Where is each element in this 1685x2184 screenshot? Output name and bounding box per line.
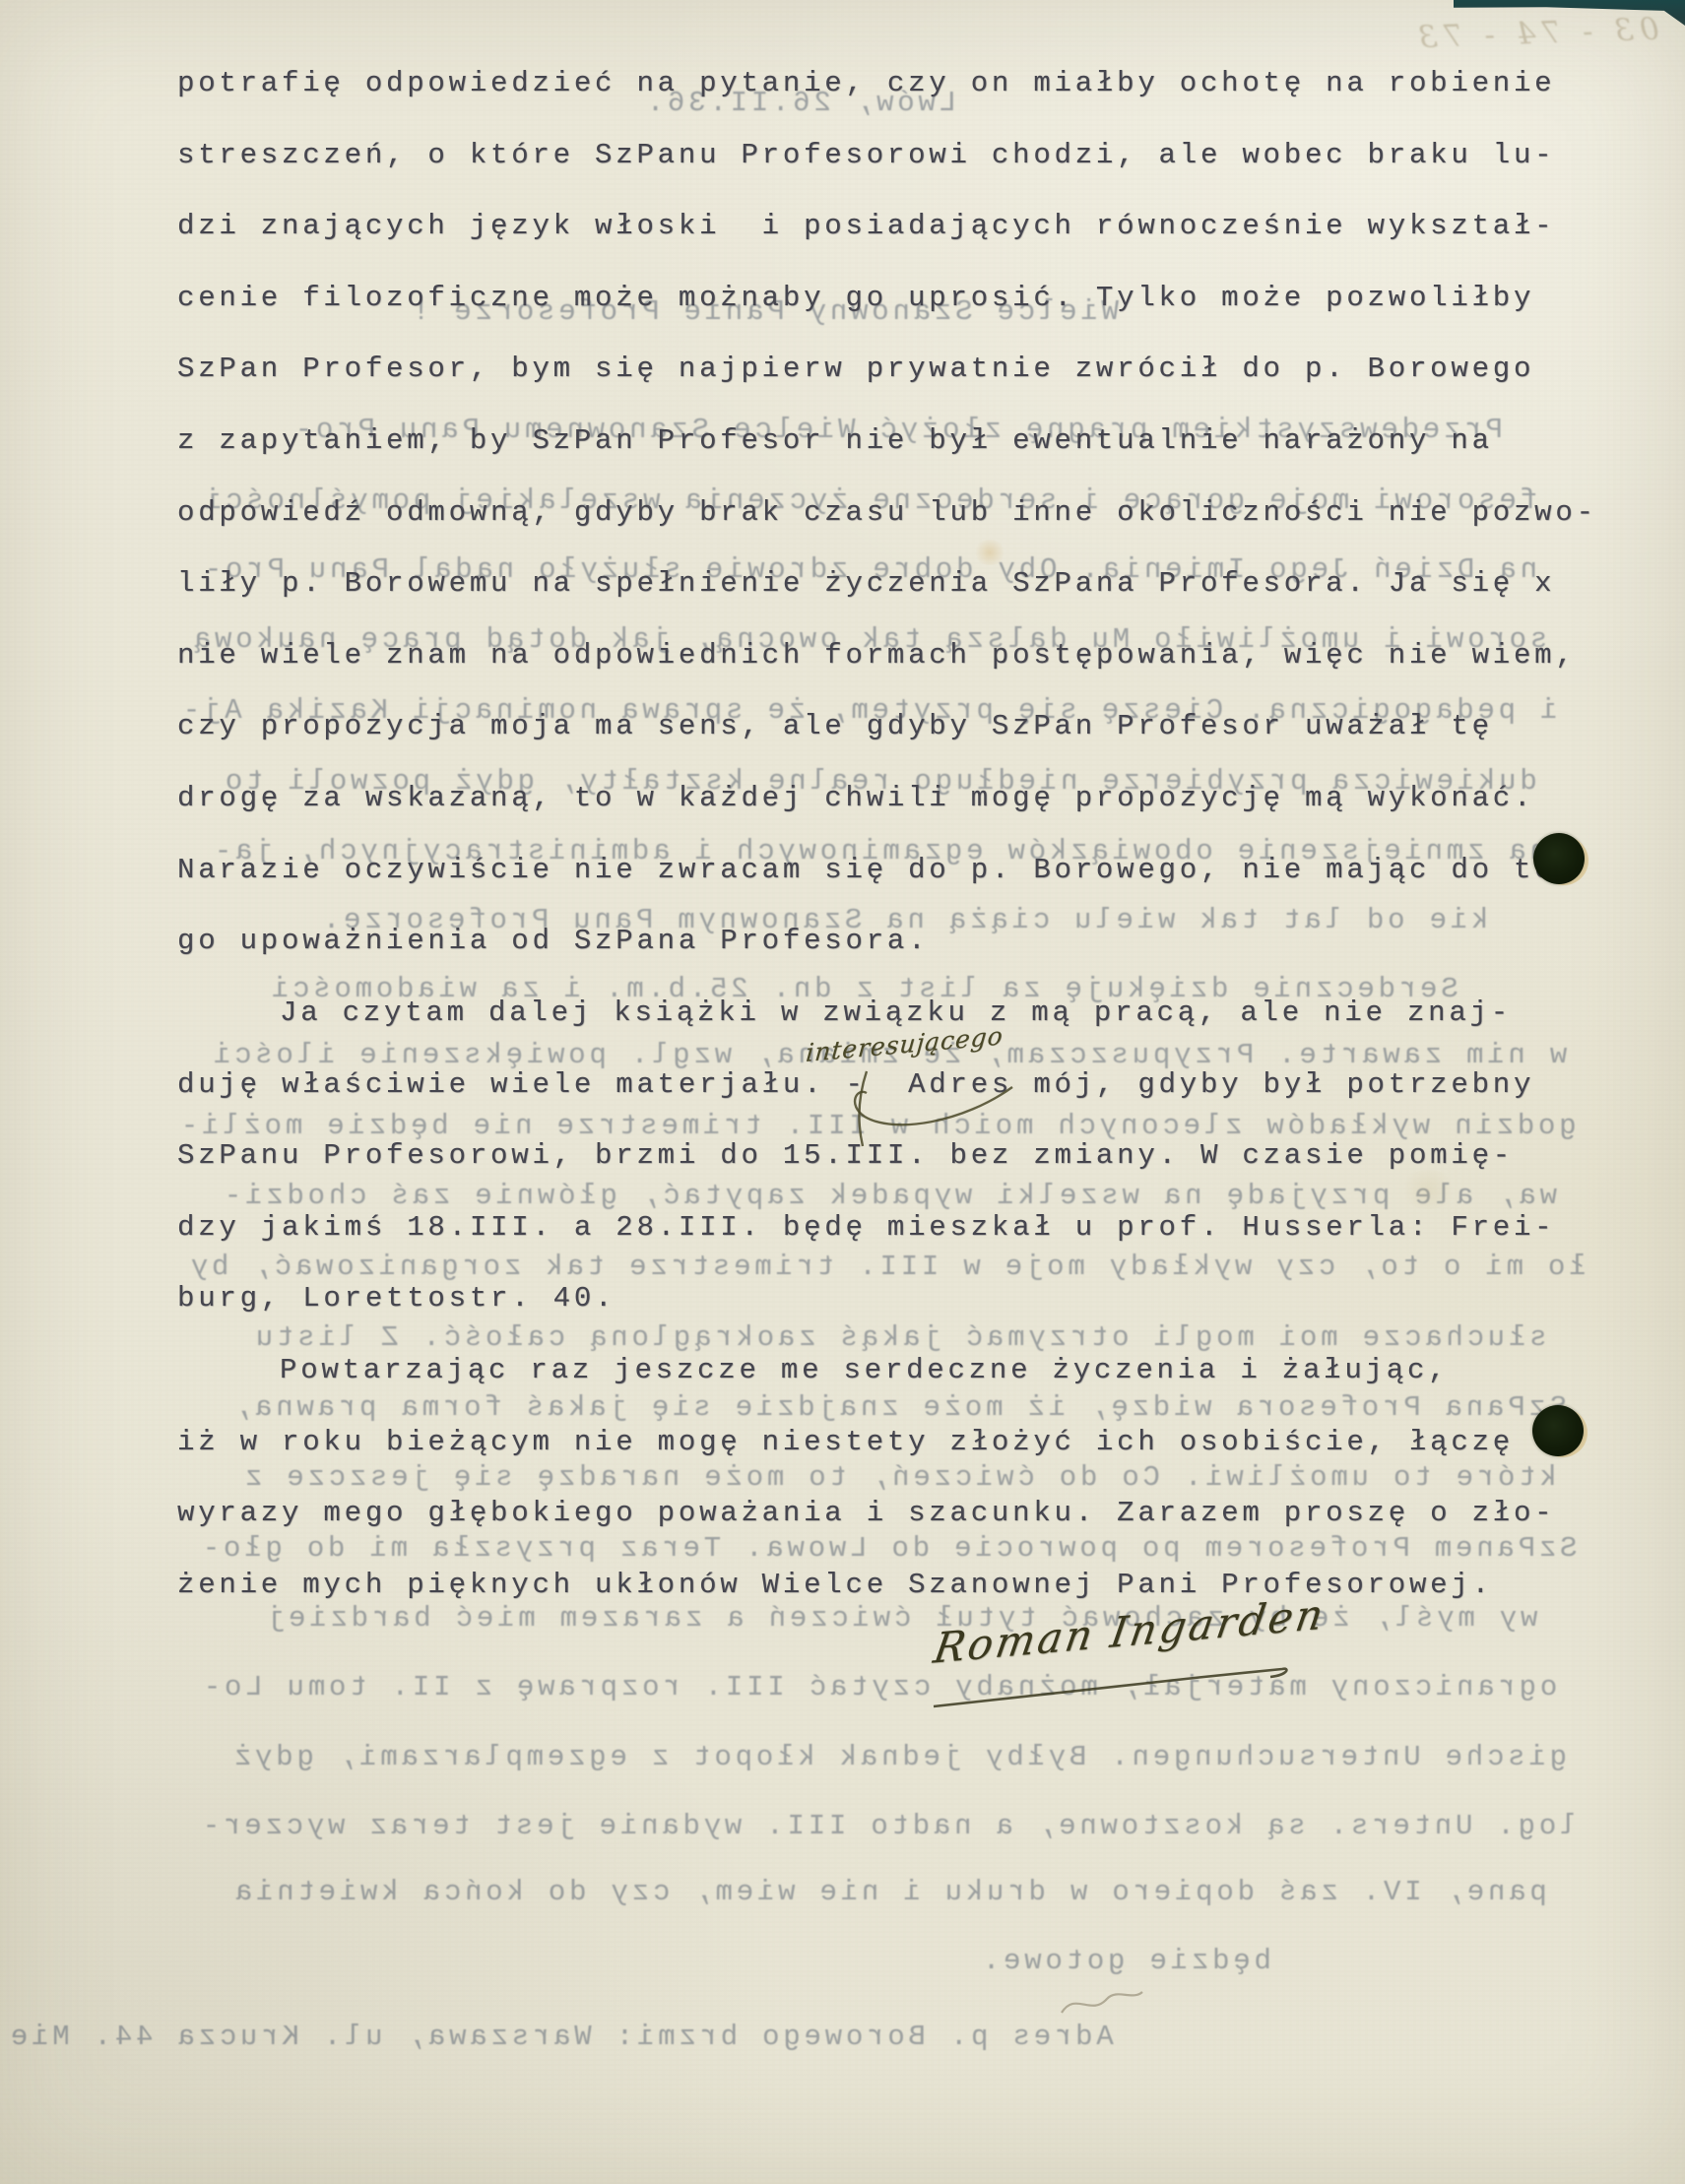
typed-line: streszczeń, o które SzPanu Profesorowi c…	[177, 139, 1555, 171]
punch-hole-lower	[1532, 1405, 1584, 1456]
bleedthrough-line: SzPana Profesora widzę, iż może znajdzie…	[230, 1391, 1567, 1424]
archive-corner-note: 03 - 74 - 73	[1412, 12, 1660, 56]
typed-line: nie wiele znam na odpowiednich formach p…	[177, 639, 1577, 672]
typed-line: SzPanu Profesorowi, brzmi do 15.III. bez…	[177, 1139, 1514, 1172]
bleedthrough-line: pane, IV. zaś dopiero w druku i nie wiem…	[231, 1876, 1547, 1908]
bleedthrough-line: wa, ale przyjadę na wszelki wypadek zapy…	[221, 1180, 1557, 1212]
typed-line: dzi znających język włoski i posiadający…	[177, 210, 1555, 242]
typed-line: Ja czytam dalej książki w związku z mą p…	[280, 996, 1512, 1029]
typed-line: Powtarzając raz jeszcze me serdeczne życ…	[280, 1354, 1449, 1386]
bleedthrough-line: gische Untersuchungen. Byłby jednak kłop…	[230, 1741, 1567, 1773]
typed-line: dzy jakimś 18.III. a 28.III. będę mieszk…	[177, 1211, 1555, 1244]
typed-line: burg, Lorettostr. 40.	[177, 1282, 616, 1315]
typed-line: iż w roku bieżącym nie mogę niestety zło…	[177, 1426, 1514, 1458]
typed-line: duję właściwie wiele materjału. - Adres …	[177, 1068, 1534, 1101]
typed-line: SzPan Profesor, bym się najpierw prywatn…	[177, 353, 1534, 385]
bleedthrough-line: ograniczony materjał, możnaby czytać III…	[200, 1671, 1557, 1703]
bleedthrough-line: SzPanem Profesorem po powrocie do Lwowa.…	[199, 1532, 1577, 1565]
bleedthrough-line: log. Unters. są kosztowne, a nadto III. …	[199, 1810, 1577, 1842]
typed-line: cenie filozoficzne może możnaby go upros…	[177, 282, 1534, 314]
scribble-mark	[1056, 1981, 1149, 2025]
bleedthrough-line: Adres p. Borowego brzmi: Warszawa, ul. K…	[7, 2021, 1114, 2053]
typed-line: z zapytaniem, by SzPan Profesor nie był …	[177, 424, 1493, 457]
typed-line: go upoważnienia od SzPana Profesora.	[177, 925, 929, 957]
typed-line: Narazie oczywiście nie zwracam się do p.…	[177, 854, 1577, 886]
bleedthrough-line: ło mi o to, czy wykłady moje w III. trim…	[187, 1251, 1587, 1283]
bleedthrough-line: będzie gotowe.	[979, 1945, 1271, 1977]
bleedthrough-line: słuchacze moi mogli otrzymać jakąś zaokr…	[252, 1321, 1547, 1354]
bleedthrough-line: wy myśl, że by zachować tytuł ćwiczeń a …	[264, 1602, 1537, 1635]
letter-page: Lwów, 26.II.36.Wielce Szanowny Panie Pro…	[0, 0, 1685, 2184]
punch-hole-upper	[1533, 833, 1585, 884]
typed-line: liły p. Borowemu na spełnienie życzenia …	[177, 567, 1555, 600]
bleedthrough-line: godzin wykładów zleconych moich w III. t…	[177, 1110, 1577, 1142]
typed-line: czy propozycja moja ma sens, ale gdyby S…	[177, 710, 1493, 742]
bleedthrough-line: które to umożliwi. Co do ćwiczeń, to moż…	[241, 1461, 1557, 1494]
typed-line: wyrazy mego głębokiego poważania i szacu…	[177, 1497, 1555, 1529]
typed-line: potrafię odpowiedzieć na pytanie, czy on…	[177, 67, 1555, 99]
typed-line: odpowiedź odmowną, gdyby brak czasu lub …	[177, 496, 1597, 529]
typed-line: drogę za wskazaną, to w każdej chwili mo…	[177, 782, 1534, 814]
